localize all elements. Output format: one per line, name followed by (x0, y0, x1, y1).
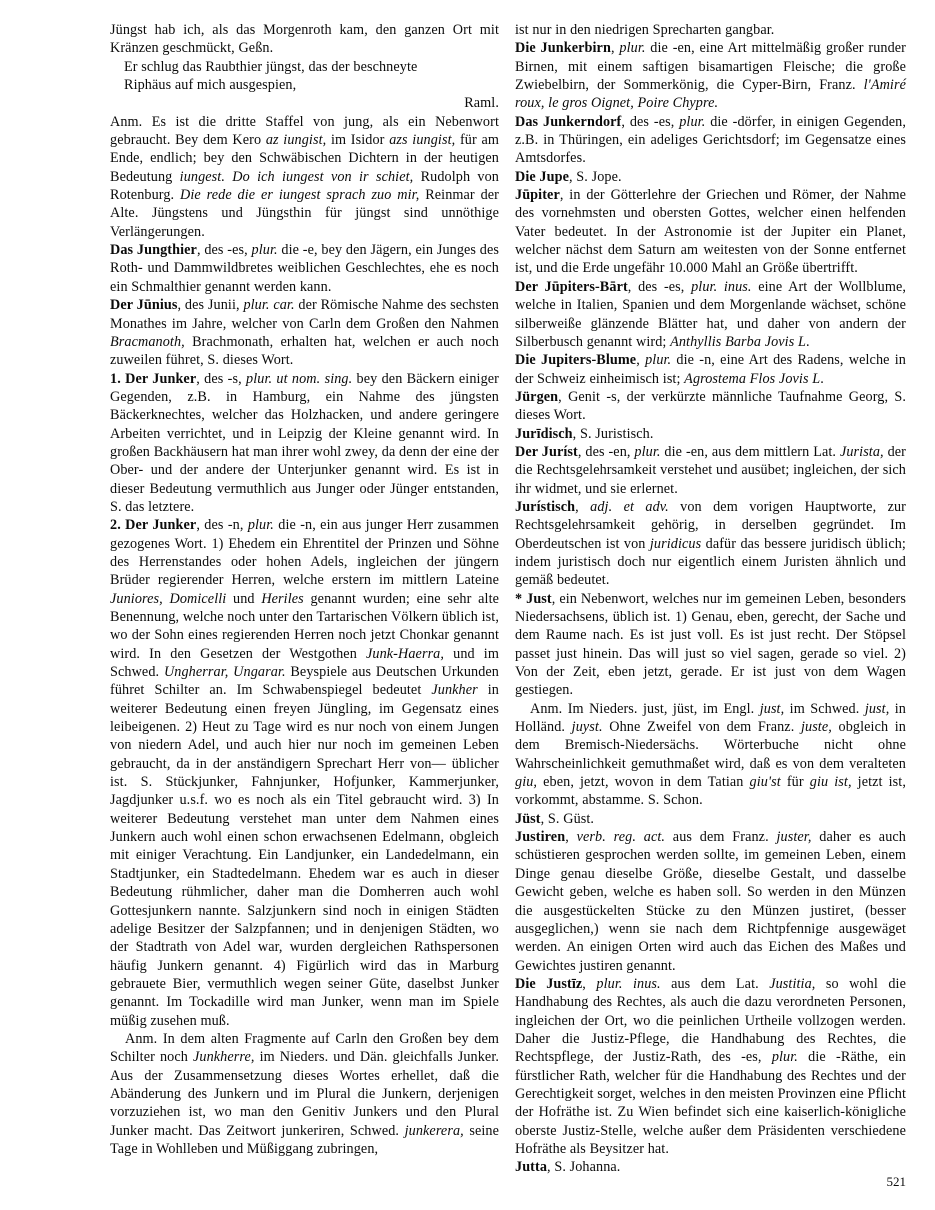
text-run: und (226, 591, 261, 607)
italic-run: az iungist, (266, 132, 326, 148)
entry-jupiters-blume: Die Jupiters-Blume, plur. die -n, eine A… (515, 351, 906, 388)
entry-jupiter: Jūpiter, in der Götterlehre der Griechen… (515, 186, 906, 278)
text-run: Anm. Im Nieders. just, jüst, im Engl. (530, 701, 760, 717)
text-run: , (582, 976, 596, 992)
entry-justiz: Die Justīz, plur. inus. aus dem Lat. Jus… (515, 975, 906, 1158)
text-run: die -en, aus dem mittlern Lat. (661, 444, 840, 460)
headword: Jūpiter (515, 187, 560, 203)
headword: Jürgen (515, 389, 558, 405)
italic-run: Anthyllis Barba Jovis L (670, 334, 806, 350)
headword: Jurístisch (515, 499, 575, 515)
text-run: im Schwed. (784, 701, 865, 717)
entry-juristisch: Jurístisch, adj. et adv. von dem vorigen… (515, 498, 906, 590)
italic-run: juridicus (650, 536, 701, 552)
text-run: die -Räthe, ein fürstlicher Rath, welche… (515, 1049, 906, 1157)
italic-run: Junk-Haerra, (366, 646, 444, 662)
headword: Die Jupe (515, 169, 569, 185)
italic-run: plur. (252, 242, 278, 258)
page-number: 521 (887, 1174, 907, 1190)
entry-jupe: Die Jupe, S. Jope. (515, 168, 906, 186)
entry-jupiters-bart: Der Jūpiters-Bārt, des -es, plur. inus. … (515, 278, 906, 351)
italic-run: plur. (772, 1049, 798, 1065)
text-run: Er schlug das Raubthier jüngst, das der … (124, 59, 417, 75)
italic-run: just, (760, 701, 785, 717)
italic-run: Heriles (261, 591, 303, 607)
italic-run: Ungherrar, Ungarar. (164, 664, 286, 680)
text-run: eben, jetzt, wovon in dem Tatian (537, 774, 749, 790)
italic-run: plur. (679, 114, 705, 130)
entry-just: * Just, ein Nebenwort, welches nur im ge… (515, 590, 906, 700)
italic-run: Junkher (431, 682, 477, 698)
italic-run: adj. et adv. (590, 499, 669, 515)
entry-junkerbirn: Die Junkerbirn, plur. die -en, eine Art … (515, 39, 906, 112)
verse-attribution: Raml. (110, 94, 499, 112)
headword: Der Juríst (515, 444, 578, 460)
italic-run: Agrostema Flos Jovis L (684, 371, 820, 387)
headword: Die Junkerbirn (515, 40, 611, 56)
entry-junius: Der Jūnius, des Junii, plur. car. der Rö… (110, 296, 499, 369)
scanned-dictionary-page: { "page": { "number": "521" }, "columns"… (0, 0, 935, 1210)
headword: Das Junkerndorf (515, 114, 621, 130)
headword: * Just (515, 591, 552, 607)
text-run: Jüngst hab ich, als das Morgenroth kam, … (110, 22, 499, 56)
text-run: , (565, 829, 576, 845)
headword: 2. Der Junker (110, 517, 196, 533)
text-run: , des -es, (197, 242, 252, 258)
italic-run: Justitia, (769, 976, 815, 992)
italic-run: giu ist, (810, 774, 852, 790)
verse-line-2: Riphäus auf mich ausgespien, (110, 76, 499, 94)
italic-run: Juniores, Domicelli (110, 591, 226, 607)
verse-line-1: Er schlug das Raubthier jüngst, das der … (110, 58, 499, 76)
text-run: Riphäus auf mich ausgespien, (124, 77, 296, 93)
italic-run: Jurista, (840, 444, 884, 460)
entry-junker-1: 1. Der Junker, des -s, plur. ut nom. sin… (110, 370, 499, 517)
italic-run: just, (865, 701, 890, 717)
italic-run: plur. (645, 352, 671, 368)
note-junker: Anm. In dem alten Fragmente auf Carln de… (110, 1030, 499, 1158)
text-run: . (820, 371, 824, 387)
headword: Das Jungthier (110, 242, 197, 258)
italic-run: plur. (248, 517, 274, 533)
entry-jutta: Jutta, S. Johanna. (515, 1158, 906, 1176)
italic-run: plur. inus. (596, 976, 660, 992)
text-run: , des -s, (196, 371, 246, 387)
text-run: , (575, 499, 590, 515)
italic-run: giu'st (750, 774, 781, 790)
italic-run: iungest. Do ich iungest von ir schiet, (180, 169, 414, 185)
text-run: Raml. (464, 95, 499, 111)
text-run: aus dem Franz. (665, 829, 776, 845)
entry-juridisch: Jurīdisch, S. Juristisch. (515, 425, 906, 443)
text-run: Ohne Zweifel von dem Franz. (603, 719, 801, 735)
italic-run: Junkherre, (193, 1049, 255, 1065)
text-run: , des -es, (628, 279, 691, 295)
text-run: , in der Götterlehre der Griechen und Rö… (515, 187, 906, 276)
entry-jurist: Der Juríst, des -en, plur. die -en, aus … (515, 443, 906, 498)
text-run: in weiterer Bedeutung einen freyen Jüngl… (110, 682, 499, 1028)
text-run: , ein Nebenwort, welches nur im gemeinen… (515, 591, 906, 699)
text-run: , Genit -s, der verkürzte männliche Tauf… (515, 389, 906, 423)
headword: Die Justīz (515, 976, 582, 992)
text-run: , des -n, (196, 517, 247, 533)
right-column: ist nur in den niedrigen Sprecharten gan… (515, 21, 906, 1177)
note-junker-continuation: ist nur in den niedrigen Sprecharten gan… (515, 21, 906, 39)
text-run: , S. Güst. (541, 811, 594, 827)
text-run: im Isidor (326, 132, 389, 148)
headword: 1. Der Junker (110, 371, 196, 387)
entry-juergen: Jürgen, Genit -s, der verkürzte männlich… (515, 388, 906, 425)
text-run: bey den Bäckern einiger Gegenden, z.B. i… (110, 371, 499, 515)
text-run: , des -en, (578, 444, 635, 460)
text-run: daher es auch schüstieren gesprochen wer… (515, 829, 906, 973)
headword: Justiren (515, 829, 565, 845)
text-run: für (781, 774, 810, 790)
italic-run: verb. reg. act. (577, 829, 665, 845)
text-run: , S. Juristisch. (573, 426, 654, 442)
italic-run: plur. ut nom. sing. (246, 371, 352, 387)
text-run: , des Junii, (178, 297, 244, 313)
entry-junker-2: 2. Der Junker, des -n, plur. die -n, ein… (110, 516, 499, 1030)
text-run: aus dem Lat. (661, 976, 770, 992)
italic-run: plur. car. (243, 297, 294, 313)
italic-run: azs iungist, (389, 132, 455, 148)
italic-run: Die rede die er iungest sprach zuo mir, (180, 187, 419, 203)
italic-run: juster, (776, 829, 811, 845)
headword: Jurīdisch (515, 426, 573, 442)
entry-jungthier: Das Jungthier, des -es, plur. die -e, be… (110, 241, 499, 296)
headword: Jutta (515, 1159, 547, 1175)
headword: Jüst (515, 811, 541, 827)
text-run: . (806, 334, 810, 350)
italic-run: plur. (634, 444, 660, 460)
text-run: , S. Jope. (569, 169, 622, 185)
italic-run: plur. (619, 40, 645, 56)
italic-run: plur. inus. (691, 279, 751, 295)
italic-run: junkerera, (405, 1123, 464, 1139)
headword: Der Jūpiters-Bārt (515, 279, 628, 295)
entry-justiren: Justiren, verb. reg. act. aus dem Franz.… (515, 828, 906, 975)
entry-junkerndorf: Das Junkerndorf, des -es, plur. die -dör… (515, 113, 906, 168)
text-run: ist nur in den niedrigen Sprecharten gan… (515, 22, 774, 38)
italic-run: giu, (515, 774, 537, 790)
italic-run: Bracmanoth, (110, 334, 185, 350)
text-run: , des -es, (621, 114, 679, 130)
text-run: , S. Johanna. (547, 1159, 620, 1175)
italic-run: juste, (801, 719, 832, 735)
headword: Der Jūnius (110, 297, 178, 313)
verse-continuation: Jüngst hab ich, als das Morgenroth kam, … (110, 21, 499, 58)
note-just: Anm. Im Nieders. just, jüst, im Engl. ju… (515, 700, 906, 810)
headword: Die Jupiters-Blume (515, 352, 636, 368)
italic-run: juyst. (572, 719, 603, 735)
text-run: , (636, 352, 645, 368)
note-juengst: Anm. Es ist die dritte Staffel von jung,… (110, 113, 499, 241)
entry-juest: Jüst, S. Güst. (515, 810, 906, 828)
left-column: Jüngst hab ich, als das Morgenroth kam, … (110, 21, 499, 1158)
